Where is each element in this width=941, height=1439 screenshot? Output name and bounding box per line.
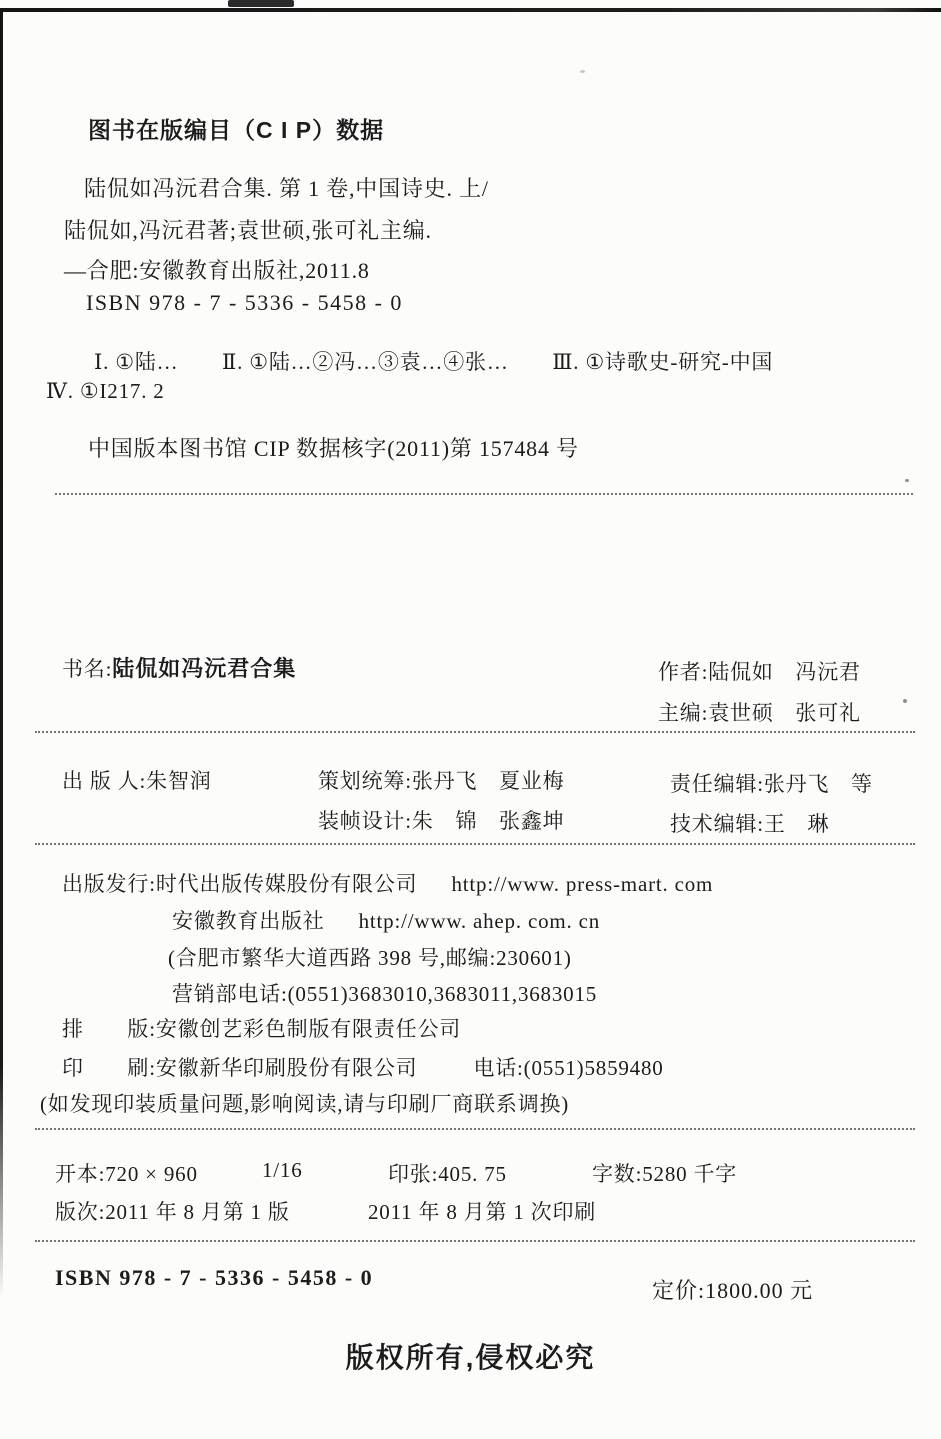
press-name: 安徽教育出版社 [172, 909, 325, 933]
print-quality-note: (如发现印装质量问题,影响阅读,请与印刷厂商联系调换) [40, 1088, 569, 1118]
publisher-label: 出 版 人: [62, 769, 146, 793]
publisher-name: 朱智润 [146, 769, 211, 793]
typesetting-label: 排 版: [62, 1017, 156, 1041]
distributor-name: 时代出版传媒股份有限公司 [156, 872, 418, 896]
printing-phone: 电话:(0551)5859480 [473, 1056, 663, 1080]
spec-edition: 版次:2011 年 8 月第 1 版 [55, 1196, 290, 1226]
cip-record-number: 中国版本图书馆 CIP 数据核字(2011)第 157484 号 [88, 432, 579, 463]
spec-format: 开本:720 × 960 [55, 1158, 198, 1188]
book-title-label: 书名: [62, 657, 112, 681]
typesetting-company: 安徽创艺彩色制版有限责任公司 [156, 1017, 461, 1041]
technical-editor-label: 技术编辑: [670, 812, 764, 836]
footer-isbn: ISBN 978 - 7 - 5336 - 5458 - 0 [55, 1265, 373, 1291]
chief-editor-label: 主编: [658, 701, 708, 725]
scan-speck [903, 699, 907, 703]
cip-entry-line-2: 陆侃如,冯沅君著;袁世硕,张可礼主编. [64, 214, 432, 245]
scan-speck [580, 70, 585, 73]
printing-label: 印 刷: [62, 1056, 156, 1080]
book-title: 陆侃如冯沅君合集 [112, 656, 296, 681]
distributor-url: http://www. press-mart. com [451, 872, 713, 896]
divider-1 [55, 493, 913, 495]
cip-entry-line-1: 陆侃如冯沅君合集. 第 1 卷,中国诗史. 上/ [84, 172, 489, 203]
divider-2 [35, 731, 915, 733]
cip-entry-line-3: —合肥:安徽教育出版社,2011.8 [64, 254, 370, 285]
divider-5 [35, 1240, 915, 1242]
technical-editor-names: 王 琳 [764, 812, 829, 836]
spec-word-count: 字数:5280 千字 [592, 1158, 737, 1188]
design-names: 朱 锦 张鑫坤 [412, 809, 565, 833]
scan-edge-left [0, 9, 3, 1299]
spec-fraction: 1/16 [262, 1158, 303, 1183]
design-label: 装帧设计: [318, 809, 412, 833]
spec-sheets: 印张:405. 75 [388, 1158, 507, 1188]
chief-editor-names: 袁世硕 张可礼 [708, 701, 861, 725]
planning-label: 策划统筹: [318, 769, 412, 793]
responsible-editor-names: 张丹飞 等 [764, 772, 873, 796]
scan-edge-top [0, 8, 941, 12]
cip-classification-line-1: Ⅰ. ①陆… Ⅱ. ①陆…②冯…③袁…④张… Ⅲ. ①诗歌史-研究-中国 [94, 346, 773, 376]
copyright-notice: 版权所有,侵权必究 [0, 1336, 941, 1376]
printing-company: 安徽新华印刷股份有限公司 [156, 1056, 418, 1080]
distributor-label: 出版发行: [62, 872, 156, 896]
press-address: (合肥市繁华大道西路 398 号,邮编:230601) [168, 942, 572, 972]
book-copyright-page: 图书在版编目（C I P）数据 陆侃如冯沅君合集. 第 1 卷,中国诗史. 上/… [0, 0, 941, 1439]
author-label: 作者: [658, 660, 708, 684]
scan-smudge-top [228, 0, 294, 7]
divider-3 [35, 843, 915, 845]
responsible-editor-label: 责任编辑: [670, 772, 764, 796]
author-names: 陆侃如 冯沅君 [708, 660, 861, 684]
cip-isbn: ISBN 978 - 7 - 5336 - 5458 - 0 [86, 290, 403, 316]
footer-price: 定价:1800.00 元 [652, 1274, 813, 1305]
planning-names: 张丹飞 夏业梅 [412, 769, 565, 793]
cip-header: 图书在版编目（C I P）数据 [88, 112, 384, 145]
press-url: http://www. ahep. com. cn [359, 909, 600, 933]
scan-speck [905, 479, 909, 482]
sales-phone: 营销部电话:(0551)3683010,3683011,3683015 [172, 978, 597, 1008]
divider-4 [35, 1128, 915, 1130]
spec-impression: 2011 年 8 月第 1 次印刷 [368, 1196, 596, 1226]
cip-classification-line-2: Ⅳ. ①I217. 2 [46, 379, 165, 404]
